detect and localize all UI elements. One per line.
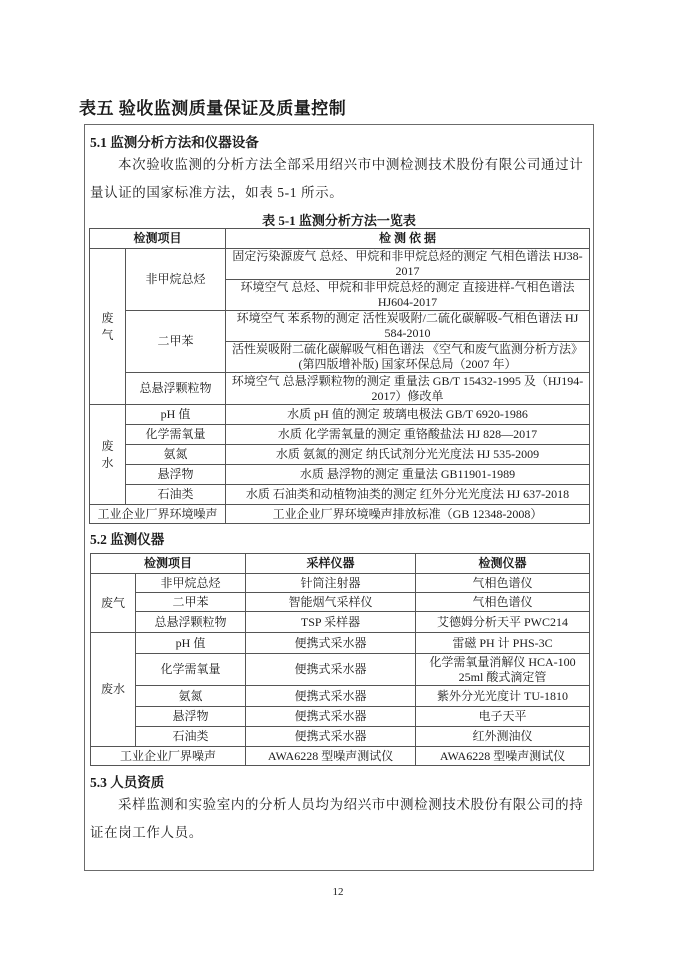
analyzer-cell: 红外测油仪 xyxy=(416,727,590,747)
sampler-cell: AWA6228 型噪声测试仪 xyxy=(246,747,416,766)
sampler-cell: TSP 采样器 xyxy=(246,612,416,633)
item-cell: 化学需氧量 xyxy=(126,425,226,445)
method-cell: 水质 石油类和动植物油类的测定 红外分光光度法 HJ 637-2018 xyxy=(226,485,590,505)
category-cell: 废水 xyxy=(90,405,126,505)
sampler-cell: 便携式采水器 xyxy=(246,633,416,654)
analyzer-cell: 化学需氧量消解仪 HCA-100 25ml 酸式滴定管 xyxy=(416,654,590,686)
item-cell: 工业企业厂界环境噪声 xyxy=(90,505,226,524)
sampler-cell: 便携式采水器 xyxy=(246,707,416,727)
page-number: 12 xyxy=(0,886,676,898)
item-cell: 工业企业厂界噪声 xyxy=(91,747,246,766)
item-cell: pH 值 xyxy=(126,405,226,425)
analyzer-cell: 紫外分光光度计 TU-1810 xyxy=(416,686,590,707)
sampler-cell: 针筒注射器 xyxy=(246,574,416,593)
table-row: 化学需氧量 便携式采水器 化学需氧量消解仪 HCA-100 25ml 酸式滴定管 xyxy=(91,654,590,686)
table-row: 二甲苯 环境空气 苯系物的测定 活性炭吸附/二硫化碳解吸-气相色谱法 HJ 58… xyxy=(90,311,590,342)
item-cell: 石油类 xyxy=(126,485,226,505)
item-cell: 非甲烷总烃 xyxy=(136,574,246,593)
analyzer-cell: AWA6228 型噪声测试仪 xyxy=(416,747,590,766)
category-cell: 废水 xyxy=(91,633,136,747)
table-row: 废水 pH 值 水质 pH 值的测定 玻璃电极法 GB/T 6920-1986 xyxy=(90,405,590,425)
method-cell: 固定污染源废气 总烃、甲烷和非甲烷总烃的测定 气相色谱法 HJ38-2017 xyxy=(226,249,590,280)
item-cell: 化学需氧量 xyxy=(136,654,246,686)
item-cell: 总悬浮颗粒物 xyxy=(126,373,226,405)
header-item: 检测项目 xyxy=(90,229,226,249)
item-cell: 总悬浮颗粒物 xyxy=(136,612,246,633)
table-row: 石油类 便携式采水器 红外测油仪 xyxy=(91,727,590,747)
method-cell: 环境空气 总烃、甲烷和非甲烷总烃的测定 直接进样-气相色谱法 HJ604-201… xyxy=(226,280,590,311)
analyzer-line: 25ml 酸式滴定管 xyxy=(419,670,586,685)
table-row: 工业企业厂界噪声 AWA6228 型噪声测试仪 AWA6228 型噪声测试仪 xyxy=(91,747,590,766)
method-cell: 水质 pH 值的测定 玻璃电极法 GB/T 6920-1986 xyxy=(226,405,590,425)
analyzer-cell: 气相色谱仪 xyxy=(416,574,590,593)
section-5-3-paragraph: 采样监测和实验室内的分析人员均为绍兴市中测检测技术股份有限公司的持证在岗工作人员… xyxy=(90,791,590,847)
item-cell: 二甲苯 xyxy=(126,311,226,373)
table-header-row: 检测项目 采样仪器 检测仪器 xyxy=(91,554,590,574)
analyzer-line: 化学需氧量消解仪 HCA-100 xyxy=(419,655,586,670)
method-cell: 工业企业厂界环境噪声排放标准（GB 12348-2008） xyxy=(226,505,590,524)
analyzer-cell: 气相色谱仪 xyxy=(416,593,590,612)
method-cell: 水质 氨氮的测定 纳氏试剂分光光度法 HJ 535-2009 xyxy=(226,445,590,465)
header-analyzer: 检测仪器 xyxy=(416,554,590,574)
table-row: 二甲苯 智能烟气采样仪 气相色谱仪 xyxy=(91,593,590,612)
table-row: 总悬浮颗粒物 TSP 采样器 艾德姆分析天平 PWC214 xyxy=(91,612,590,633)
sampler-cell: 智能烟气采样仪 xyxy=(246,593,416,612)
method-cell: 活性炭吸附二硫化碳解吸气相色谱法 《空气和废气监测分析方法》(第四版增补版) 国… xyxy=(226,342,590,373)
table-row: 化学需氧量 水质 化学需氧量的测定 重铬酸盐法 HJ 828—2017 xyxy=(90,425,590,445)
table-row: 废气 非甲烷总烃 固定污染源废气 总烃、甲烷和非甲烷总烃的测定 气相色谱法 HJ… xyxy=(90,249,590,280)
table-header-row: 检测项目 检 测 依 据 xyxy=(90,229,590,249)
category-cell: 废气 xyxy=(91,574,136,633)
table-row: 总悬浮颗粒物 环境空气 总悬浮颗粒物的测定 重量法 GB/T 15432-199… xyxy=(90,373,590,405)
table-row: 废水 pH 值 便携式采水器 雷磁 PH 计 PHS-3C xyxy=(91,633,590,654)
header-sampler: 采样仪器 xyxy=(246,554,416,574)
table-row: 氨氮 水质 氨氮的测定 纳氏试剂分光光度法 HJ 535-2009 xyxy=(90,445,590,465)
item-cell: 悬浮物 xyxy=(136,707,246,727)
table-row: 氨氮 便携式采水器 紫外分光光度计 TU-1810 xyxy=(91,686,590,707)
table-row: 工业企业厂界环境噪声 工业企业厂界环境噪声排放标准（GB 12348-2008） xyxy=(90,505,590,524)
header-basis: 检 测 依 据 xyxy=(226,229,590,249)
item-cell: 二甲苯 xyxy=(136,593,246,612)
section-5-3-title: 5.3 人员资质 xyxy=(90,771,164,791)
table-row: 悬浮物 便携式采水器 电子天平 xyxy=(91,707,590,727)
table-row: 石油类 水质 石油类和动植物油类的测定 红外分光光度法 HJ 637-2018 xyxy=(90,485,590,505)
header-item: 检测项目 xyxy=(91,554,246,574)
method-cell: 水质 悬浮物的测定 重量法 GB11901-1989 xyxy=(226,465,590,485)
item-cell: 石油类 xyxy=(136,727,246,747)
section-5-2-title: 5.2 监测仪器 xyxy=(90,528,164,548)
instruments-table: 检测项目 采样仪器 检测仪器 废气 非甲烷总烃 针筒注射器 气相色谱仪 二甲苯 … xyxy=(90,553,590,766)
section-5-1-title: 5.1 监测分析方法和仪器设备 xyxy=(90,131,259,151)
sampler-cell: 便携式采水器 xyxy=(246,654,416,686)
method-cell: 环境空气 苯系物的测定 活性炭吸附/二硫化碳解吸-气相色谱法 HJ 584-20… xyxy=(226,311,590,342)
methods-table: 检测项目 检 测 依 据 废气 非甲烷总烃 固定污染源废气 总烃、甲烷和非甲烷总… xyxy=(89,228,590,524)
item-cell: pH 值 xyxy=(136,633,246,654)
item-cell: 氨氮 xyxy=(126,445,226,465)
page-heading: 表五 验收监测质量保证及质量控制 xyxy=(79,94,346,119)
table-row: 悬浮物 水质 悬浮物的测定 重量法 GB11901-1989 xyxy=(90,465,590,485)
sampler-cell: 便携式采水器 xyxy=(246,727,416,747)
sampler-cell: 便携式采水器 xyxy=(246,686,416,707)
item-cell: 氨氮 xyxy=(136,686,246,707)
table-row: 废气 非甲烷总烃 针筒注射器 气相色谱仪 xyxy=(91,574,590,593)
analyzer-cell: 雷磁 PH 计 PHS-3C xyxy=(416,633,590,654)
item-cell: 非甲烷总烃 xyxy=(126,249,226,311)
analyzer-cell: 电子天平 xyxy=(416,707,590,727)
category-cell: 废气 xyxy=(90,249,126,405)
analyzer-cell: 艾德姆分析天平 PWC214 xyxy=(416,612,590,633)
section-5-1-paragraph: 本次验收监测的分析方法全部采用绍兴市中测检测技术股份有限公司通过计量认证的国家标… xyxy=(90,151,590,207)
item-cell: 悬浮物 xyxy=(126,465,226,485)
table-5-1-caption: 表 5-1 监测分析方法一览表 xyxy=(89,210,589,229)
method-cell: 环境空气 总悬浮颗粒物的测定 重量法 GB/T 15432-1995 及（HJ1… xyxy=(226,373,590,405)
method-cell: 水质 化学需氧量的测定 重铬酸盐法 HJ 828—2017 xyxy=(226,425,590,445)
